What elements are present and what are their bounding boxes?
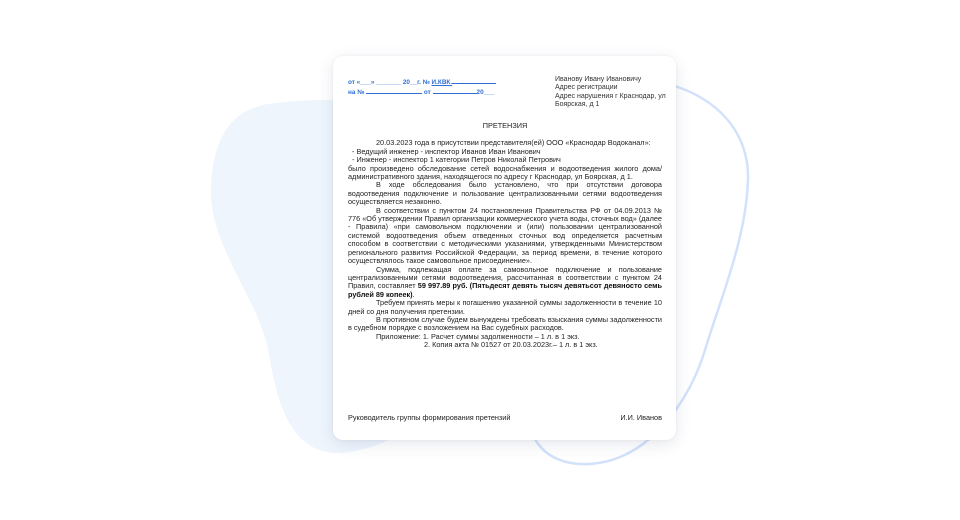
legal-basis-paragraph: В соответствии с пунктом 24 постановлени… <box>348 207 662 266</box>
recipient-name: Иванову Ивану Ивановичу <box>555 76 675 84</box>
findings-paragraph: В ходе обследования было установлено, чт… <box>348 181 662 206</box>
reference-link[interactable]: И.КВК. <box>432 79 453 86</box>
outgoing-reference: от «___» _______ 20__г. № И.КВК. на № от… <box>348 77 496 98</box>
signer-position: Руководитель группы формирования претенз… <box>348 413 510 422</box>
warning-paragraph: В противном случае будем вынуждены требо… <box>348 316 662 333</box>
document-footer: Руководитель группы формирования претенз… <box>348 413 662 422</box>
recipient-street: Боярская, д 1 <box>555 101 675 109</box>
signer-name: И.И. Иванов <box>620 413 662 422</box>
demand-paragraph: Требуем принять меры к погашению указанн… <box>348 299 662 316</box>
recipient-registration: Адрес регистрации <box>555 84 675 92</box>
recipient-violation-address: Адрес нарушения г Краснодар, ул <box>555 93 675 101</box>
amount-paragraph: Сумма, подлежащая оплате за самовольное … <box>348 266 662 300</box>
recipient-block: Иванову Ивану Ивановичу Адрес регистраци… <box>555 76 675 110</box>
document-header: от «___» _______ 20__г. № И.КВК. на № от… <box>348 76 662 116</box>
document-title: ПРЕТЕНЗИЯ <box>348 122 662 130</box>
claim-document-card: от «___» _______ 20__г. № И.КВК. на № от… <box>333 56 676 440</box>
appendix-item-2: 2. Копия акта № 01527 от 20.03.2023г.– 1… <box>348 341 662 349</box>
document-body: от «___» _______ 20__г. № И.КВК. на № от… <box>348 76 662 350</box>
inspection-paragraph: было произведено обследование сетей водо… <box>348 165 662 182</box>
